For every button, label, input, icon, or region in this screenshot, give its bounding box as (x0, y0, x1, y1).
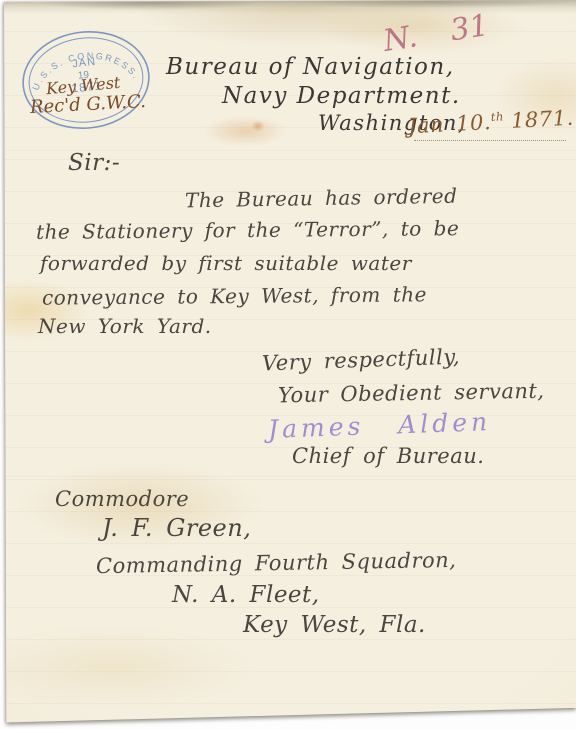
signer-title: Chief of Bureau. (292, 444, 484, 468)
body-line-1: The Bureau has ordered (185, 184, 458, 213)
fold-crease (0, 476, 576, 478)
date-dotted-line (414, 139, 566, 141)
date-day: Jan 10. (407, 110, 491, 138)
recipient-command: Commanding Fourth Squadron, (96, 548, 457, 578)
body-line-3: forwarded by first suitable water (40, 251, 412, 275)
docket-value: 31 (448, 8, 491, 49)
date-ordinal: th (490, 109, 504, 124)
signature-james-alden: James Alden (268, 407, 492, 444)
letterhead-department: Navy Department. (222, 83, 461, 109)
recipient-location: Key West, Fla. (243, 612, 426, 638)
stamp-month: JAN (72, 56, 97, 70)
recipient-fleet: N. A. Fleet, (172, 582, 320, 608)
body-line-5: New York Yard. (38, 314, 212, 338)
letter-paper: U.S.S. CONGRESS. JAN 19 1871 Key West Re… (0, 0, 576, 729)
body-line-2: the Stationery for the “Terror”, to be (36, 216, 459, 244)
closing-line-2: Your Obedient servant, (278, 379, 545, 408)
closing-line-1: Very respectfully, (262, 345, 461, 376)
salutation: Sir:- (68, 150, 120, 176)
recipient-name: J. F. Green, (102, 514, 251, 542)
body-line-4: conveyance to Key West, from the (42, 282, 427, 309)
scanned-letter: U.S.S. CONGRESS. JAN 19 1871 Key West Re… (0, 0, 576, 729)
recipient-rank: Commodore (55, 487, 189, 511)
date-year: 1871. (510, 106, 574, 133)
paper-shadow-wrap: U.S.S. CONGRESS. JAN 19 1871 Key West Re… (0, 0, 576, 729)
paper-top-fold-shading (0, 0, 576, 14)
docket-number: N.31 (381, 8, 491, 59)
letterhead-bureau: Bureau of Navigation, (166, 54, 455, 80)
